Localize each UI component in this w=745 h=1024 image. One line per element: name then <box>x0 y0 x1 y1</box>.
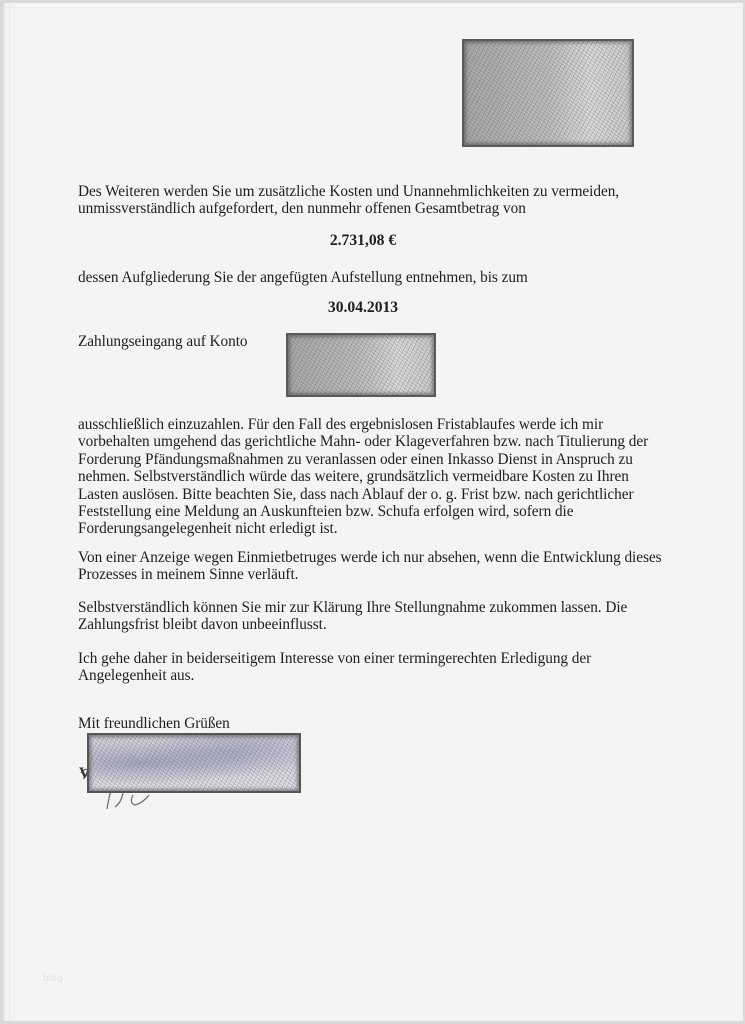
text-line: Forderung Pfändungsmaßnahmen zu veranlas… <box>78 451 678 468</box>
text-line: Von einer Anzeige wegen Einmietbetruges … <box>78 549 678 566</box>
paragraph-report: Von einer Anzeige wegen Einmietbetruges … <box>78 549 678 584</box>
text-line: Angelegenheit aus. <box>78 667 678 684</box>
paragraph-payment-terms: ausschließlich einzuzahlen. Für den Fall… <box>78 416 678 538</box>
text-line: dessen Aufgliederung Sie der angefügten … <box>78 269 678 286</box>
text-line: Mit freundlichen Grüßen <box>78 715 678 732</box>
letter-page: Des Weiteren werden Sie um zusätzliche K… <box>3 3 743 1021</box>
paragraph-intro: Des Weiteren werden Sie um zusätzliche K… <box>78 183 678 218</box>
redacted-account-details <box>286 333 436 397</box>
text-line: Forderungsangelegenheit nicht erledigt i… <box>78 520 678 537</box>
closing-salutation: Mit freundlichen Grüßen <box>78 715 678 732</box>
total-amount: 2.731,08 € <box>78 232 648 250</box>
text-line: Prozesses in meinem Sinne verläuft. <box>78 566 678 583</box>
text-line: vorbehalten umgehend das gerichtliche Ma… <box>78 433 678 450</box>
paragraph-expectation: Ich gehe daher in beiderseitigem Interes… <box>78 650 678 685</box>
due-date: 30.04.2013 <box>78 299 648 317</box>
text-line: Feststellung eine Meldung an Auskunfteie… <box>78 503 678 520</box>
text-line: nehmen. Selbstverständlich würde das wei… <box>78 468 678 485</box>
text-line: Lasten auslösen. Bitte beachten Sie, das… <box>78 486 678 503</box>
text-line: Ich gehe daher in beiderseitigem Interes… <box>78 650 678 667</box>
text-line: Selbstverständlich können Sie mir zur Kl… <box>78 599 678 616</box>
text-line: Zahlungsfrist bleibt davon unbeeinflusst… <box>78 616 678 633</box>
redacted-signature <box>87 733 301 793</box>
paragraph-breakdown: dessen Aufgliederung Sie der angefügten … <box>78 269 678 286</box>
text-line: unmissverständlich aufgefordert, den nun… <box>78 200 678 217</box>
paragraph-statement: Selbstverständlich können Sie mir zur Kl… <box>78 599 678 634</box>
text-line: ausschließlich einzuzahlen. Für den Fall… <box>78 416 678 433</box>
watermark: blog <box>43 973 63 984</box>
redacted-sender-address <box>462 39 634 147</box>
text-line: Des Weiteren werden Sie um zusätzliche K… <box>78 183 678 200</box>
